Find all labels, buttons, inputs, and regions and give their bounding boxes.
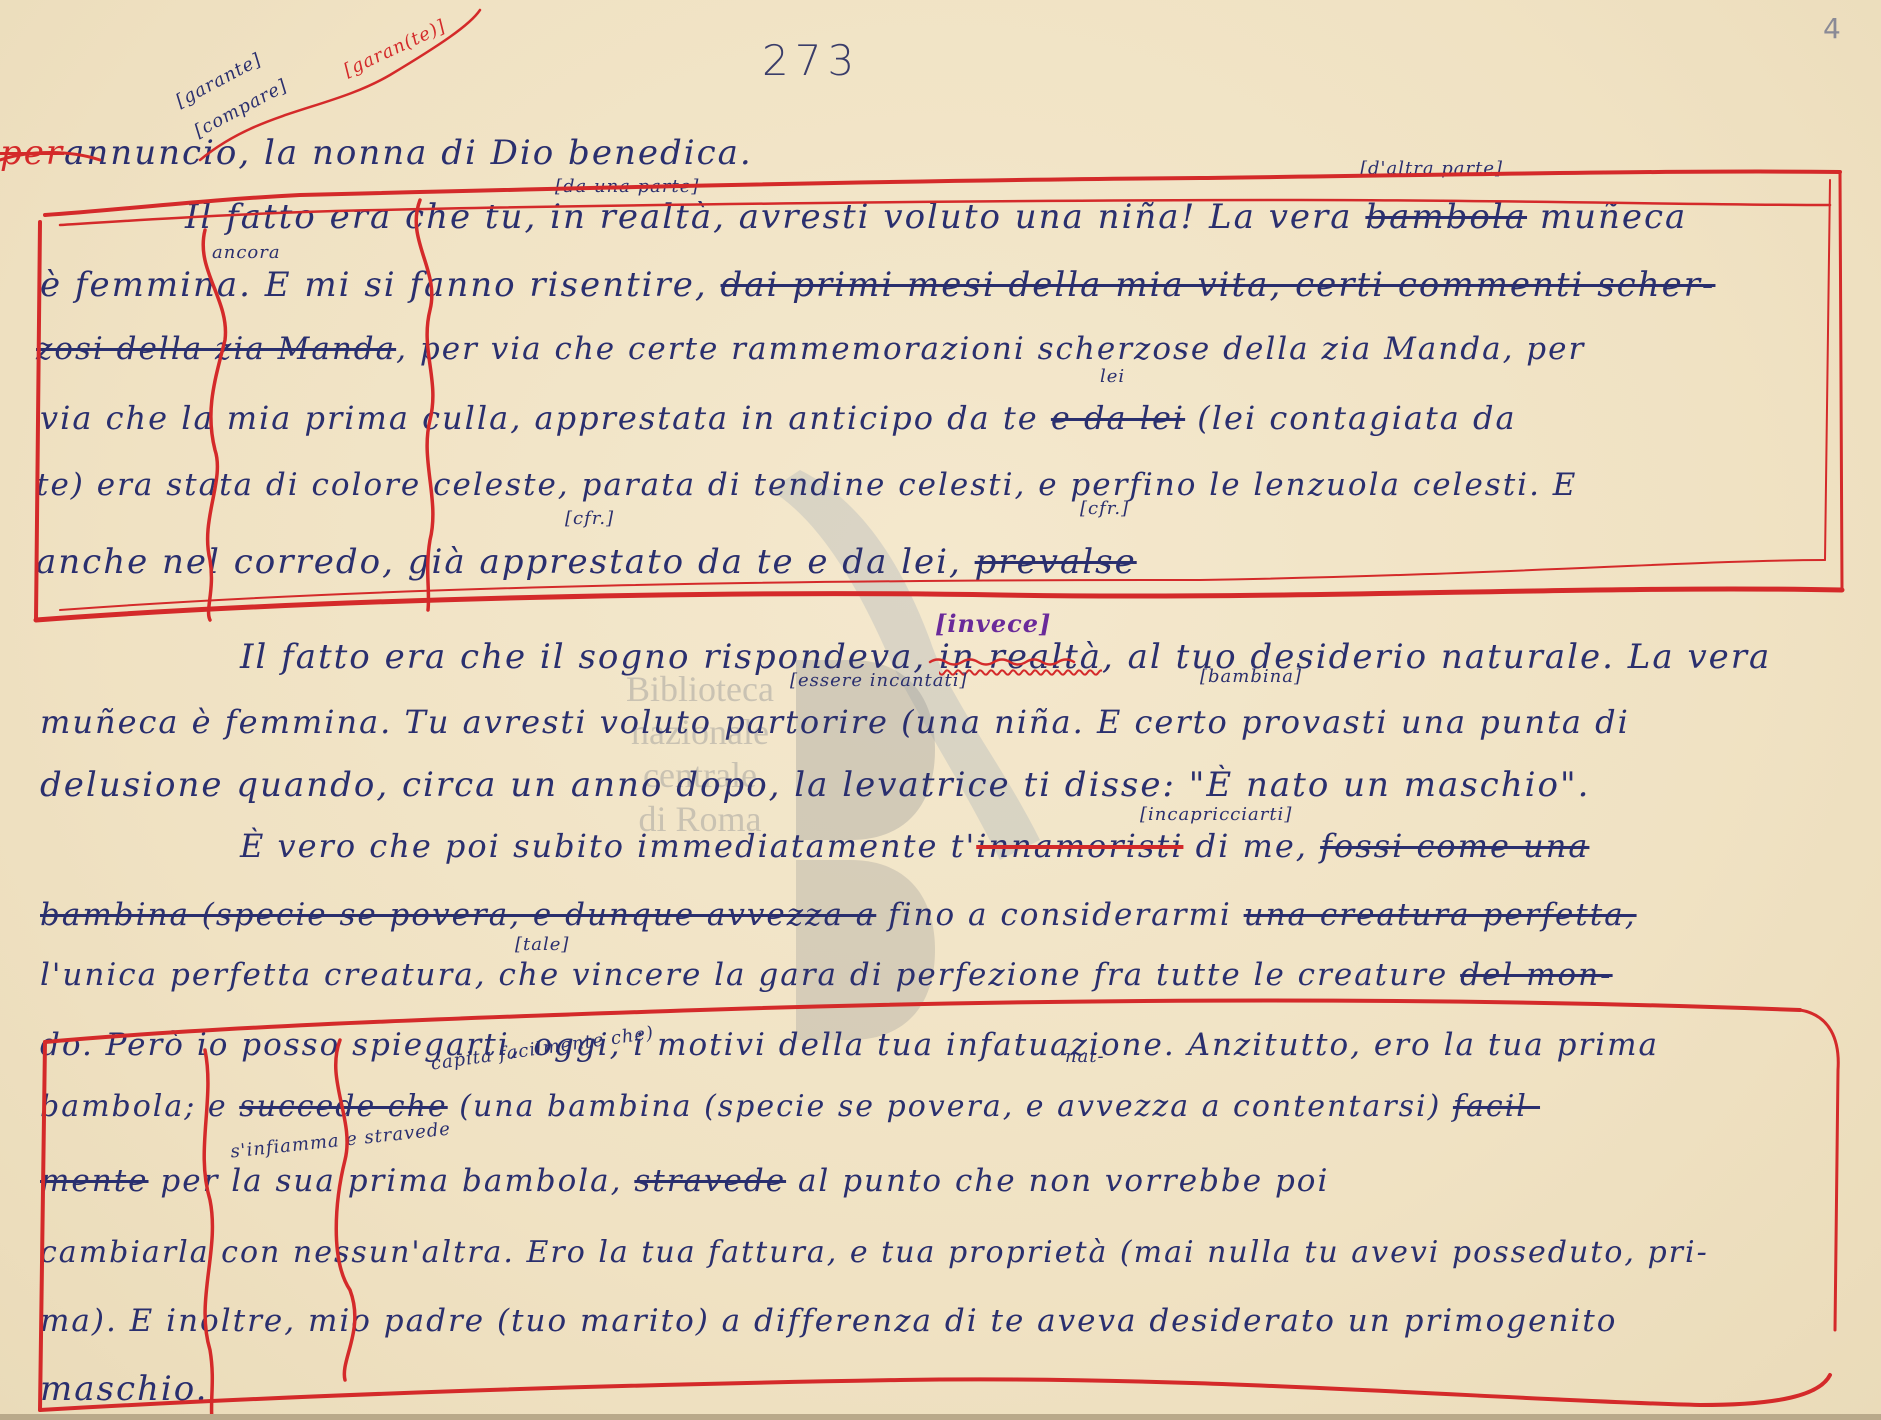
insert-above: [bambina]: [1200, 668, 1302, 686]
insert-above: ancora: [212, 244, 281, 262]
struck-word: prevalse: [975, 542, 1137, 582]
struck-text: zosi della zia Manda: [36, 331, 396, 367]
line-text: per la sua prima bambola,: [160, 1163, 622, 1199]
struck-text: fossi come una: [1320, 827, 1589, 865]
struck-word: stravede: [634, 1163, 786, 1199]
line-text: annuncio: [64, 133, 238, 173]
line-text: te) era stata di colore celeste, parata …: [36, 467, 1577, 503]
insert-above: [da una parte]: [555, 178, 699, 196]
insert-above-purple: [invece]: [935, 612, 1051, 636]
struck-text: bambina (specie se povera, e dunque avve…: [40, 897, 876, 933]
struck-word: bambola: [1365, 197, 1527, 237]
insert-above: nat-: [1065, 1048, 1105, 1066]
manuscript-page: Biblioteca nazionale centrale di Roma 27…: [0, 0, 1881, 1420]
insert-cfr: [cfr.]: [1080, 500, 1129, 518]
line-text: anche nel corredo, già apprestato da te …: [36, 542, 962, 582]
line-text: ma). E inoltre, mio padre (tuo marito) a…: [40, 1303, 1617, 1339]
text-line: delusione quando, circa un anno dopo, la…: [40, 768, 1590, 802]
insert-above: [essere incantati]: [790, 672, 968, 690]
text-line: cambiarla con nessun'altra. Ero la tua f…: [40, 1238, 1709, 1268]
line-text: avresti voluto una niña!: [739, 197, 1197, 237]
text-line: muñeca è femmina. Tu avresti voluto part…: [40, 706, 1630, 738]
text-line: via che la mia prima culla, apprestata i…: [40, 402, 1517, 434]
text-line: È vero che poi subito immediatamente t'i…: [240, 830, 1589, 862]
text-line: l'unica perfetta creatura, che vincere l…: [40, 960, 1613, 991]
annotation-bracket-red: [garan(te)]: [341, 18, 448, 81]
line-text: l'unica perfetta creatura, che vincere l…: [40, 957, 1448, 993]
line-text: delusione quando, circa un anno dopo, la…: [40, 765, 1590, 805]
struck-word: facil-: [1453, 1089, 1540, 1124]
line-text: maschio.: [40, 1369, 208, 1409]
struck-word: mente: [40, 1163, 149, 1199]
text-line: Il fatto era che il sogno rispondeva, in…: [240, 640, 1771, 674]
watermark-text: Biblioteca nazionale centrale di Roma: [600, 668, 800, 841]
text-line: Il fatto era che tu, in realtà, avresti …: [185, 200, 1687, 234]
text-line: do. Però io posso spiegarti, oggi, i mot…: [40, 1030, 1659, 1061]
text-line: mente per la sua prima bambola, stravede…: [40, 1166, 1329, 1197]
line-text: fino a considerarmi: [888, 897, 1232, 933]
line-text: muñeca è femmina. Tu avresti voluto part…: [40, 703, 1630, 741]
insert-above: [incapricciarti]: [1140, 806, 1292, 824]
line-text: muñeca: [1540, 197, 1687, 237]
page-number: 273: [762, 36, 860, 85]
line-text: (lei contagiata da: [1197, 399, 1516, 437]
line-text: , per via che certe rammemorazioni scher…: [396, 331, 1585, 367]
struck-text: e da lei: [1051, 399, 1185, 437]
struck-word-red: innamoristi: [976, 827, 1183, 865]
text-line: perannuncio, la nonna di Dio benedica.: [0, 136, 753, 170]
line-text: al punto che non vorrebbe poi: [798, 1163, 1329, 1199]
text-line: ma). E inoltre, mio padre (tuo marito) a…: [40, 1306, 1617, 1337]
text-line: è femmina. E mi si fanno risentire, dai …: [40, 268, 1715, 302]
page-bottom-edge: [0, 1414, 1881, 1420]
struck-text: una creatura perfetta,: [1244, 897, 1637, 933]
folio-mark: 4: [1823, 12, 1841, 45]
insert-above: [tale]: [515, 936, 569, 954]
struck-text: succede che: [239, 1089, 447, 1124]
text-line: zosi della zia Manda, per via che certe …: [36, 334, 1585, 365]
line-text: bambola; e: [40, 1089, 228, 1124]
struck-word: per: [0, 133, 64, 173]
text-line: bambina (specie se povera, e dunque avve…: [40, 900, 1637, 931]
line-text: La vera: [1209, 197, 1353, 237]
text-line: bambola; e succede che (una bambina (spe…: [40, 1092, 1540, 1122]
text-line: maschio.: [40, 1372, 208, 1406]
insert-above: [d'altra parte]: [1360, 160, 1503, 178]
line-text: via che la mia prima culla, apprestata i…: [40, 399, 935, 437]
line-text: È vero che poi subito immediatamente t': [240, 827, 976, 865]
text-line: te) era stata di colore celeste, parata …: [36, 470, 1577, 501]
line-text: da te: [947, 399, 1039, 437]
struck-text: del mon-: [1460, 957, 1612, 993]
line-text: Il fatto era che tu, in realtà,: [185, 197, 726, 237]
text-line: anche nel corredo, già apprestato da te …: [36, 545, 1137, 579]
insert-above: s'infiamma e stravede: [230, 1120, 452, 1161]
insert-above: lei: [1100, 368, 1125, 386]
line-text: , la nonna di Dio benedica.: [238, 133, 752, 173]
line-text: (una bambina (specie se povera, e avvezz…: [459, 1089, 1441, 1124]
insert-cfr: [cfr.]: [565, 510, 614, 528]
line-text: cambiarla con nessun'altra. Ero la tua f…: [40, 1235, 1709, 1270]
line-text: è femmina. E: [40, 265, 292, 305]
struck-text: dai primi mesi della mia vita, certi com…: [721, 265, 1716, 305]
line-text: di me,: [1196, 827, 1308, 865]
line-text: mi si fanno risentire,: [304, 265, 707, 305]
line-text: do. Però io posso spiegarti, oggi, i mot…: [40, 1027, 1659, 1063]
